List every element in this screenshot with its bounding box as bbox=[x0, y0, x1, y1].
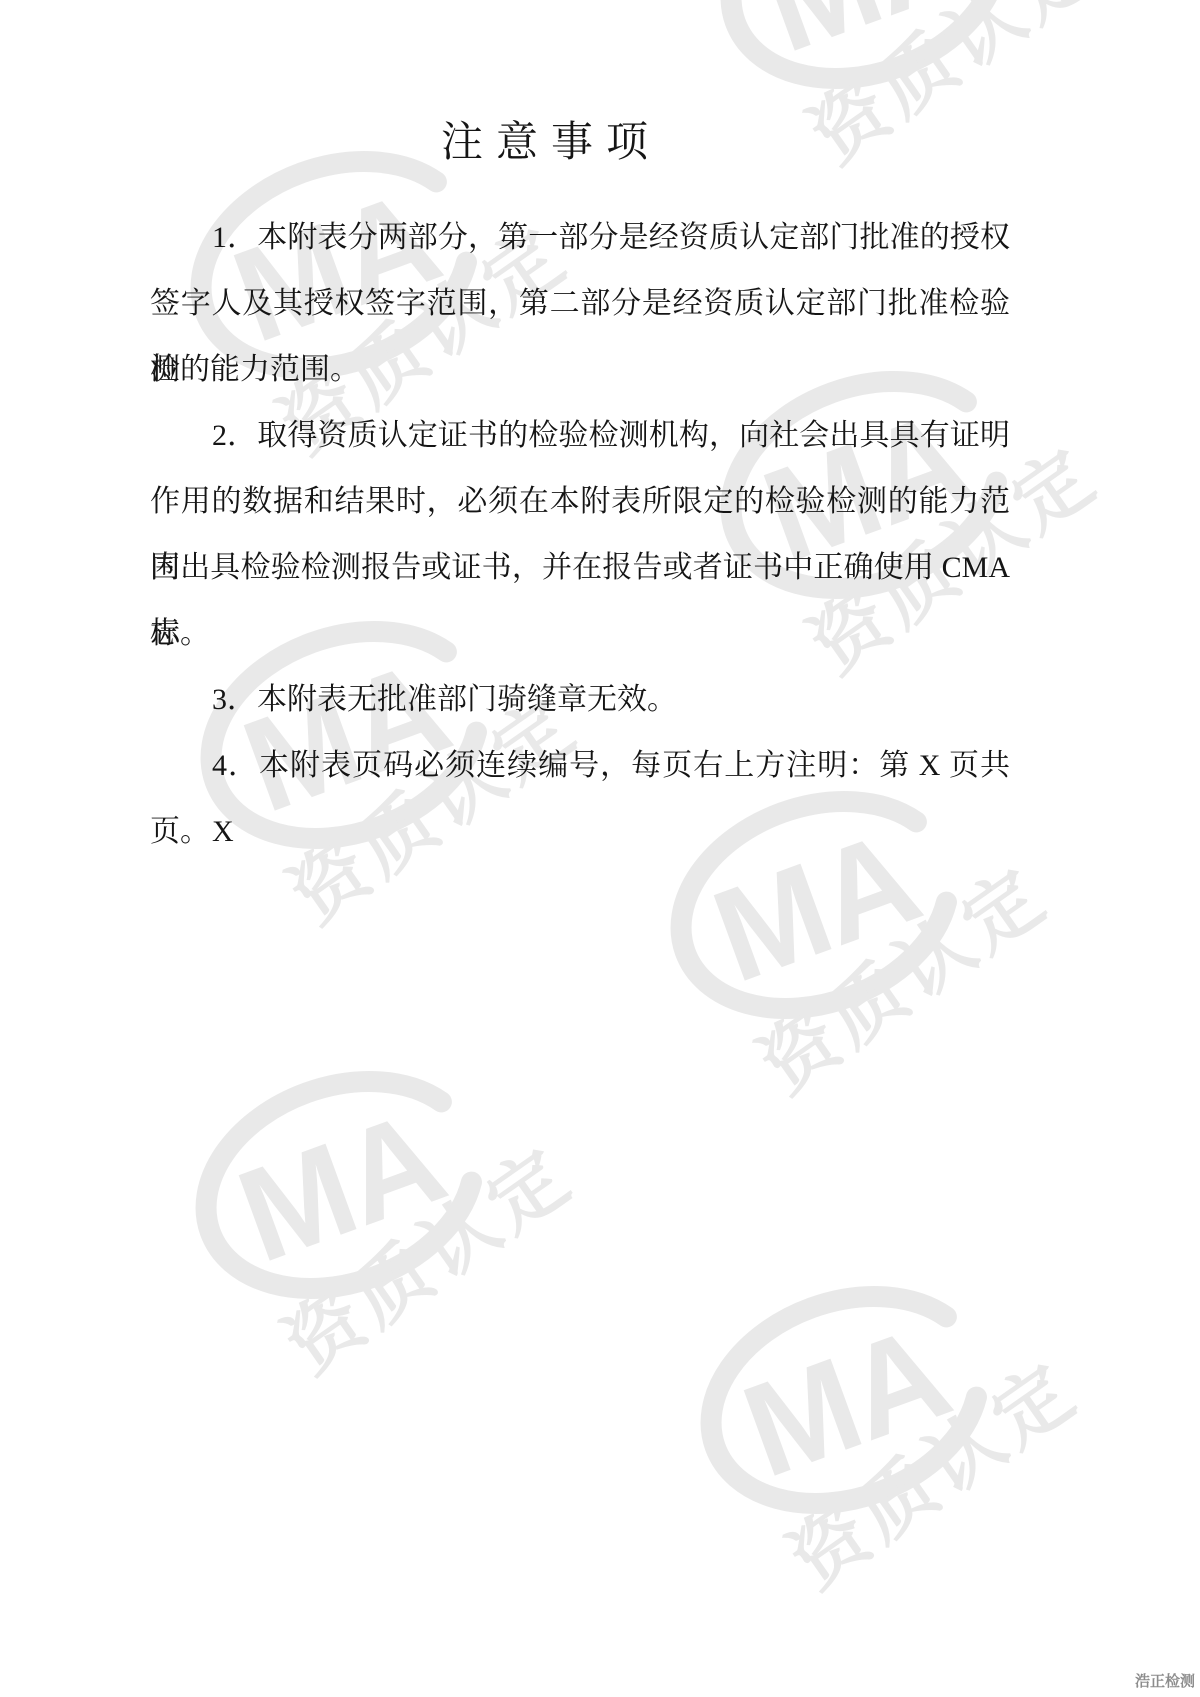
footer-watermark-label: 浩正检测 bbox=[1135, 1670, 1195, 1691]
body-line-10: 页。 bbox=[150, 799, 1010, 865]
body-line-4: 2．取得资质认定证书的检验检测机构，向社会出具具有证明 bbox=[150, 403, 1010, 469]
body-line-6: 内出具检验检测报告或证书，并在报告或者证书中正确使用 CMA 标 bbox=[150, 535, 1010, 601]
body-line-2: 签字人及其授权签字范围，第二部分是经资质认定部门批准检验检 bbox=[150, 271, 1010, 337]
document-page: MA资质认定MA资质认定MA资质认定MA资质认定MA资质认定MA资质认定MA资质… bbox=[0, 0, 1200, 1697]
body-line-8: 3．本附表无批准部门骑缝章无效。 bbox=[150, 667, 1010, 733]
body-line-9: 4．本附表页码必须连续编号，每页右上方注明：第 X 页共 X bbox=[150, 733, 1010, 799]
body-line-3: 测的能力范围。 bbox=[150, 337, 1010, 403]
page-title: 注意事项 bbox=[441, 114, 661, 172]
body-line-5: 作用的数据和结果时，必须在本附表所限定的检验检测的能力范围 bbox=[150, 469, 1010, 535]
body-line-7: 志。 bbox=[150, 601, 1010, 667]
body-line-1: 1．本附表分两部分，第一部分是经资质认定部门批准的授权 bbox=[150, 205, 1010, 271]
body-text: 1．本附表分两部分，第一部分是经资质认定部门批准的授权签字人及其授权签字范围，第… bbox=[150, 205, 1010, 865]
